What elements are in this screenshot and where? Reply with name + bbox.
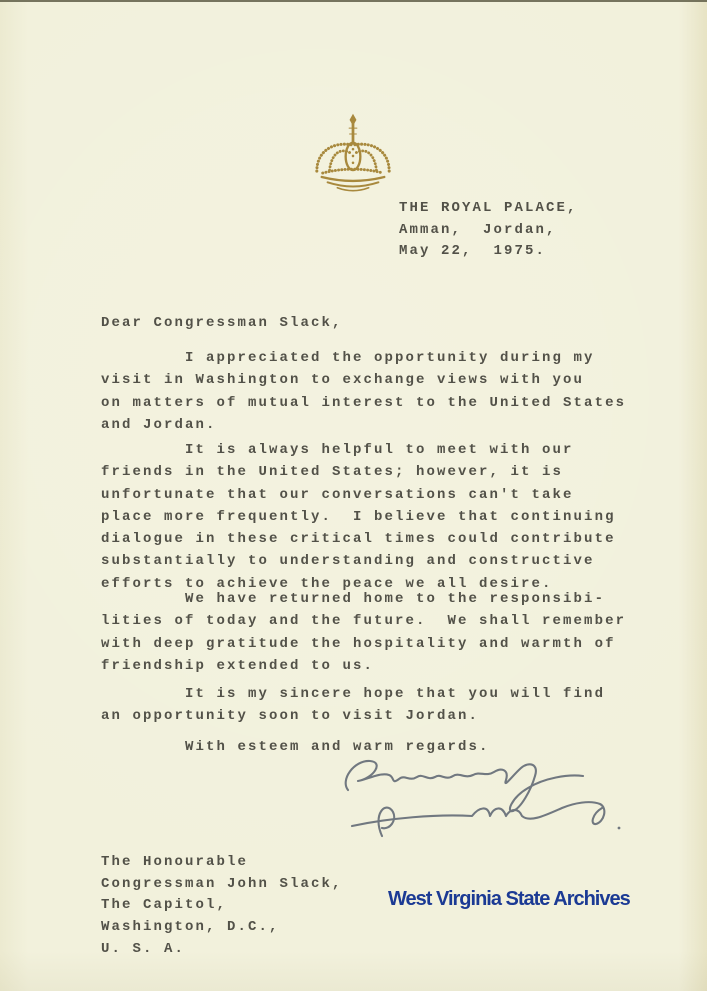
paragraph-4: It is my sincere hope that you will find… [101,683,605,728]
recipient-address: The Honourable Congressman John Slack, T… [101,852,343,961]
archive-watermark: West Virginia State Archives [388,888,630,911]
letter-page: THE ROYAL PALACE, Amman, Jordan, May 22,… [0,0,707,991]
paragraph-2: It is always helpful to meet with our fr… [101,439,616,595]
signature-handwriting [332,748,654,844]
paragraph-1: I appreciated the opportunity during my … [101,347,626,436]
scan-edge-top [0,0,707,2]
scan-edge-bottom [0,951,707,991]
paragraph-3: We have returned home to the responsibi-… [101,588,626,677]
salutation: Dear Congressman Slack, [101,312,343,334]
royal-crown-icon [309,112,397,196]
letterhead-block: THE ROYAL PALACE, Amman, Jordan, May 22,… [399,198,578,263]
